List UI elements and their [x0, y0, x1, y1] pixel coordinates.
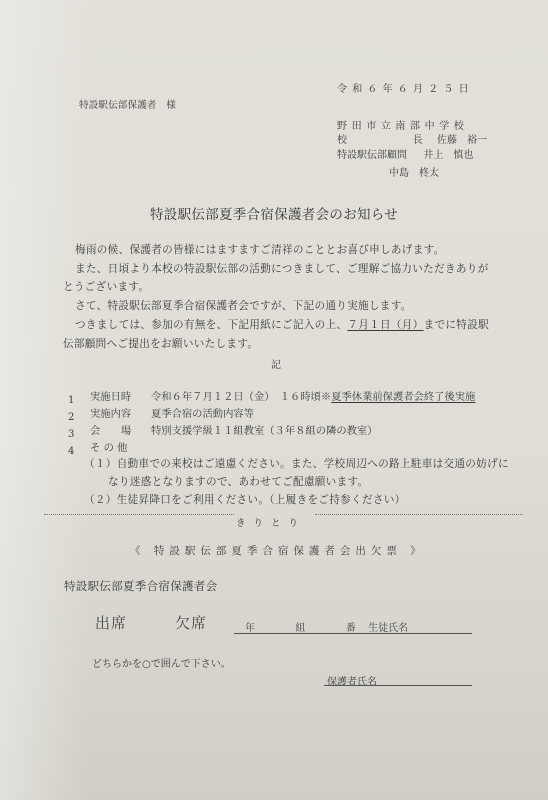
page-title: 特設駅伝部夏季合宿保護者会のお知らせ — [0, 203, 548, 223]
advisor-name-2: 中島 柊太 — [389, 164, 439, 179]
sender-school: 野田市立南部中学校 — [337, 117, 468, 132]
body-paragraph-2-line-1: また、日頃より本校の特設駅伝部の活動につきまして、ご理解ご協力いただきありが — [75, 261, 489, 276]
student-name-underline — [234, 633, 472, 634]
number-label: 番 — [346, 619, 356, 634]
note-1-line-2: なり迷惑となりますので、あわせてご配慮願います。 — [108, 474, 368, 489]
note-text: 自動車での来校はご遠慮ください。また、学校周辺への路上駐車は交通の妨げに — [117, 458, 509, 470]
advisor-name-1: 井上 慎也 — [423, 150, 473, 161]
item-label: そ の 他 — [90, 439, 127, 454]
note-2: （２）生徒昇降口をご利用ください。（上履きをご持参ください） — [84, 492, 406, 507]
sender-advisor: 特設駅伝部顧問 井上 慎也 — [337, 146, 473, 161]
circle-instruction: どちらかを○で囲んで下さい。 — [92, 655, 231, 670]
body-paragraph-4-line-1: つきましては、参加の有無を、下記用紙にご記入の上、７月１日（月）までに特設駅 — [75, 317, 489, 332]
body-paragraph-4-line-2: 伝部顧問へご提出をお願いいたします。 — [63, 336, 258, 351]
item-label: 実施内容 — [90, 405, 131, 420]
item-number: 4 — [68, 446, 74, 457]
addressee: 特設駅伝部保護者 様 — [79, 97, 176, 111]
item-4: 4 そ の 他 — [68, 439, 74, 458]
sender-principal: 校 長 佐藤 裕一 — [337, 131, 487, 146]
item-value: 夏季合宿の活動内容等 — [151, 405, 254, 420]
class-label: 組 — [295, 619, 305, 634]
student-info-field[interactable]: 年 組 番 生徒氏名 — [245, 619, 408, 634]
body-paragraph-3: さて、特設駅伝部夏季合宿保護者会ですが、下記の通り実施します。 — [75, 298, 412, 313]
slip-title: 《 特設駅伝部夏季合宿保護者会出欠票 》 — [130, 543, 426, 558]
cut-line-label: きりとり — [236, 515, 306, 529]
p4-before: つきましては、参加の有無を、下記用紙にご記入の上、 — [75, 319, 347, 331]
item-label: 会 場 — [90, 422, 131, 437]
note-number: （２） — [84, 494, 117, 506]
grade-label: 年 — [245, 619, 255, 634]
guardian-name-underline — [324, 685, 472, 686]
item-value-note: 夏季休業前保護者会終了後実施 — [331, 391, 475, 403]
absent-option[interactable]: 欠席 — [175, 612, 207, 633]
principal-title-1: 校 — [337, 131, 347, 146]
item-value: 令和６年７月１２日（金） １６時頃※夏季休業前保護者会終了後実施 — [151, 388, 475, 403]
ki-heading: 記 — [271, 356, 281, 371]
note-1: （１）自動車での来校はご遠慮ください。また、学校周辺への路上駐車は交通の妨げに — [84, 456, 509, 471]
principal-name: 佐藤 裕一 — [437, 135, 487, 146]
note-text: 生徒昇降口をご利用ください。（上履きをご持参ください） — [117, 494, 406, 506]
student-name-label: 生徒氏名 — [368, 619, 408, 634]
advisor-title: 特設駅伝部顧問 — [337, 150, 407, 161]
submission-deadline: ７月１日（月） — [347, 319, 423, 331]
item-label: 実施日時 — [90, 388, 131, 403]
principal-title-2: 長 — [413, 135, 423, 146]
body-paragraph-1: 梅雨の候、保護者の皆様にはますますご清祥のこととお喜び申しあげます。 — [75, 242, 445, 257]
slip-organization: 特設駅伝部夏季合宿保護者会 — [64, 578, 217, 594]
cut-line-right — [315, 514, 523, 515]
item-value: 特別支援学級１１組教室（３年８組の隣の教室） — [151, 422, 378, 437]
note-number: （１） — [84, 458, 117, 470]
cut-line-left — [44, 514, 234, 515]
p4-after: までに特設駅 — [424, 319, 489, 331]
body-paragraph-2-line-2: とうございます。 — [63, 279, 149, 294]
attend-option[interactable]: 出席 — [95, 612, 127, 633]
paper-shadow — [0, 0, 90, 800]
issue-date: 令和６年６月２５日 — [337, 80, 474, 95]
